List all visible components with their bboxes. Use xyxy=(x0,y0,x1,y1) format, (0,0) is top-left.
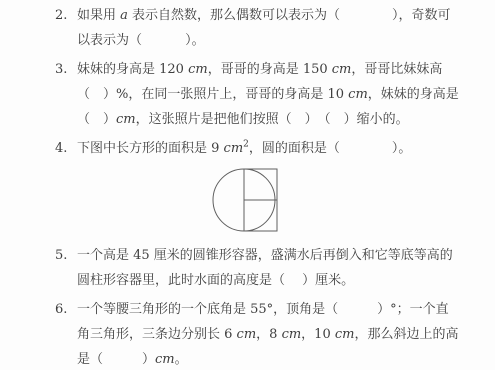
question-number: 4. xyxy=(55,136,67,161)
text-line: 一个等腰三角形的一个底角是 55°，顶角是（ ）°；一个直 xyxy=(77,297,455,322)
question-number: 3. xyxy=(55,57,67,82)
question-number: 5. xyxy=(55,243,67,268)
question-text: 妹妹的身高是 120 cm，哥哥的身高是 150 cm，哥哥比妹妹高（ ）%，在… xyxy=(77,57,455,132)
question-text: 一个等腰三角形的一个底角是 55°，顶角是（ ）°；一个直角三角形，三条边分别长… xyxy=(77,297,455,370)
question-text: 一个高是 45 厘米的圆锥形容器，盛满水后再倒入和它等底等高的圆柱形容器里，此时… xyxy=(77,243,455,293)
text-line: 以表示为（ ）。 xyxy=(77,28,455,53)
worksheet-page: 2. 如果用 a 表示自然数，那么偶数可以表示为（ ），奇数可以表示为（ ）。 … xyxy=(0,0,495,370)
geometry-diagram-svg xyxy=(210,163,290,239)
question-text: 下图中长方形的面积是 9 cm2，圆的面积是（ ）。 xyxy=(77,136,455,161)
circle-rectangle-figure xyxy=(210,163,455,239)
question-6: 6. 一个等腰三角形的一个底角是 55°，顶角是（ ）°；一个直角三角形，三条边… xyxy=(55,297,455,370)
question-3: 3. 妹妹的身高是 120 cm，哥哥的身高是 150 cm，哥哥比妹妹高（ ）… xyxy=(55,57,455,132)
question-5: 5. 一个高是 45 厘米的圆锥形容器，盛满水后再倒入和它等底等高的圆柱形容器里… xyxy=(55,243,455,293)
text-line: 下图中长方形的面积是 9 cm2，圆的面积是（ ）。 xyxy=(77,136,455,161)
text-line: 妹妹的身高是 120 cm，哥哥的身高是 150 cm，哥哥比妹妹高 xyxy=(77,57,455,82)
text-line: 如果用 a 表示自然数，那么偶数可以表示为（ ），奇数可 xyxy=(77,3,455,28)
question-4: 4. 下图中长方形的面积是 9 cm2，圆的面积是（ ）。 xyxy=(55,136,455,239)
question-number: 2. xyxy=(55,3,67,28)
text-line: 是（ ）cm。 xyxy=(77,347,455,370)
text-line: 角三角形，三条边分别长 6 cm，8 cm，10 cm，那么斜边上的高 xyxy=(77,322,455,347)
text-line: （ ）cm，这张照片是把他们按照（ ） （ ）缩小的。 xyxy=(77,107,455,132)
text-line: （ ）%，在同一张照片上，哥哥的身高是 10 cm，妹妹的身高是 xyxy=(77,82,455,107)
question-text: 如果用 a 表示自然数，那么偶数可以表示为（ ），奇数可以表示为（ ）。 xyxy=(77,3,455,53)
question-number: 6. xyxy=(55,297,67,322)
worksheet-content: 2. 如果用 a 表示自然数，那么偶数可以表示为（ ），奇数可以表示为（ ）。 … xyxy=(55,3,455,370)
text-line: 圆柱形容器里，此时水面的高度是（ ）厘米。 xyxy=(77,268,455,293)
question-2: 2. 如果用 a 表示自然数，那么偶数可以表示为（ ），奇数可以表示为（ ）。 xyxy=(55,3,455,53)
text-line: 一个高是 45 厘米的圆锥形容器，盛满水后再倒入和它等底等高的 xyxy=(77,243,455,268)
